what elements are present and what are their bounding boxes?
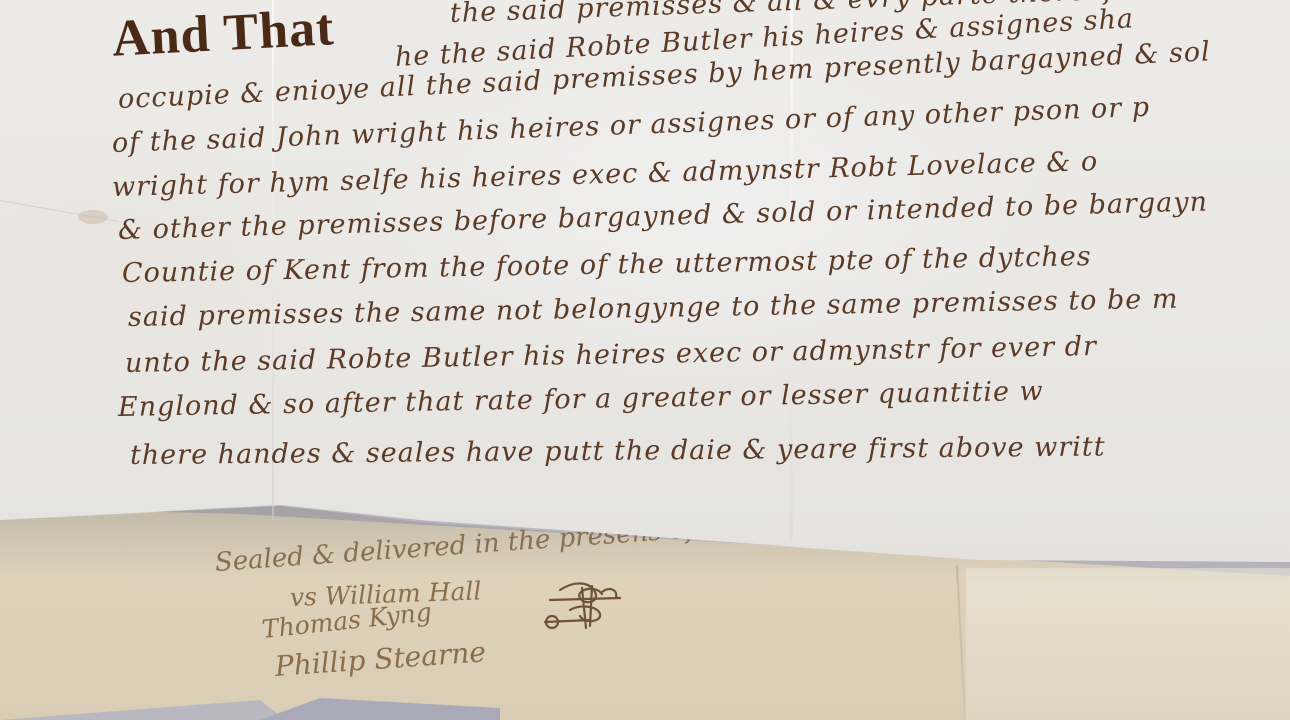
manuscript-photo: Sealed & delivered in the presens of vs … [0, 0, 1290, 720]
document-heading: And That [111, 0, 336, 69]
merchant-mark-icon [540, 570, 630, 640]
lower-right-panel [966, 568, 1290, 720]
